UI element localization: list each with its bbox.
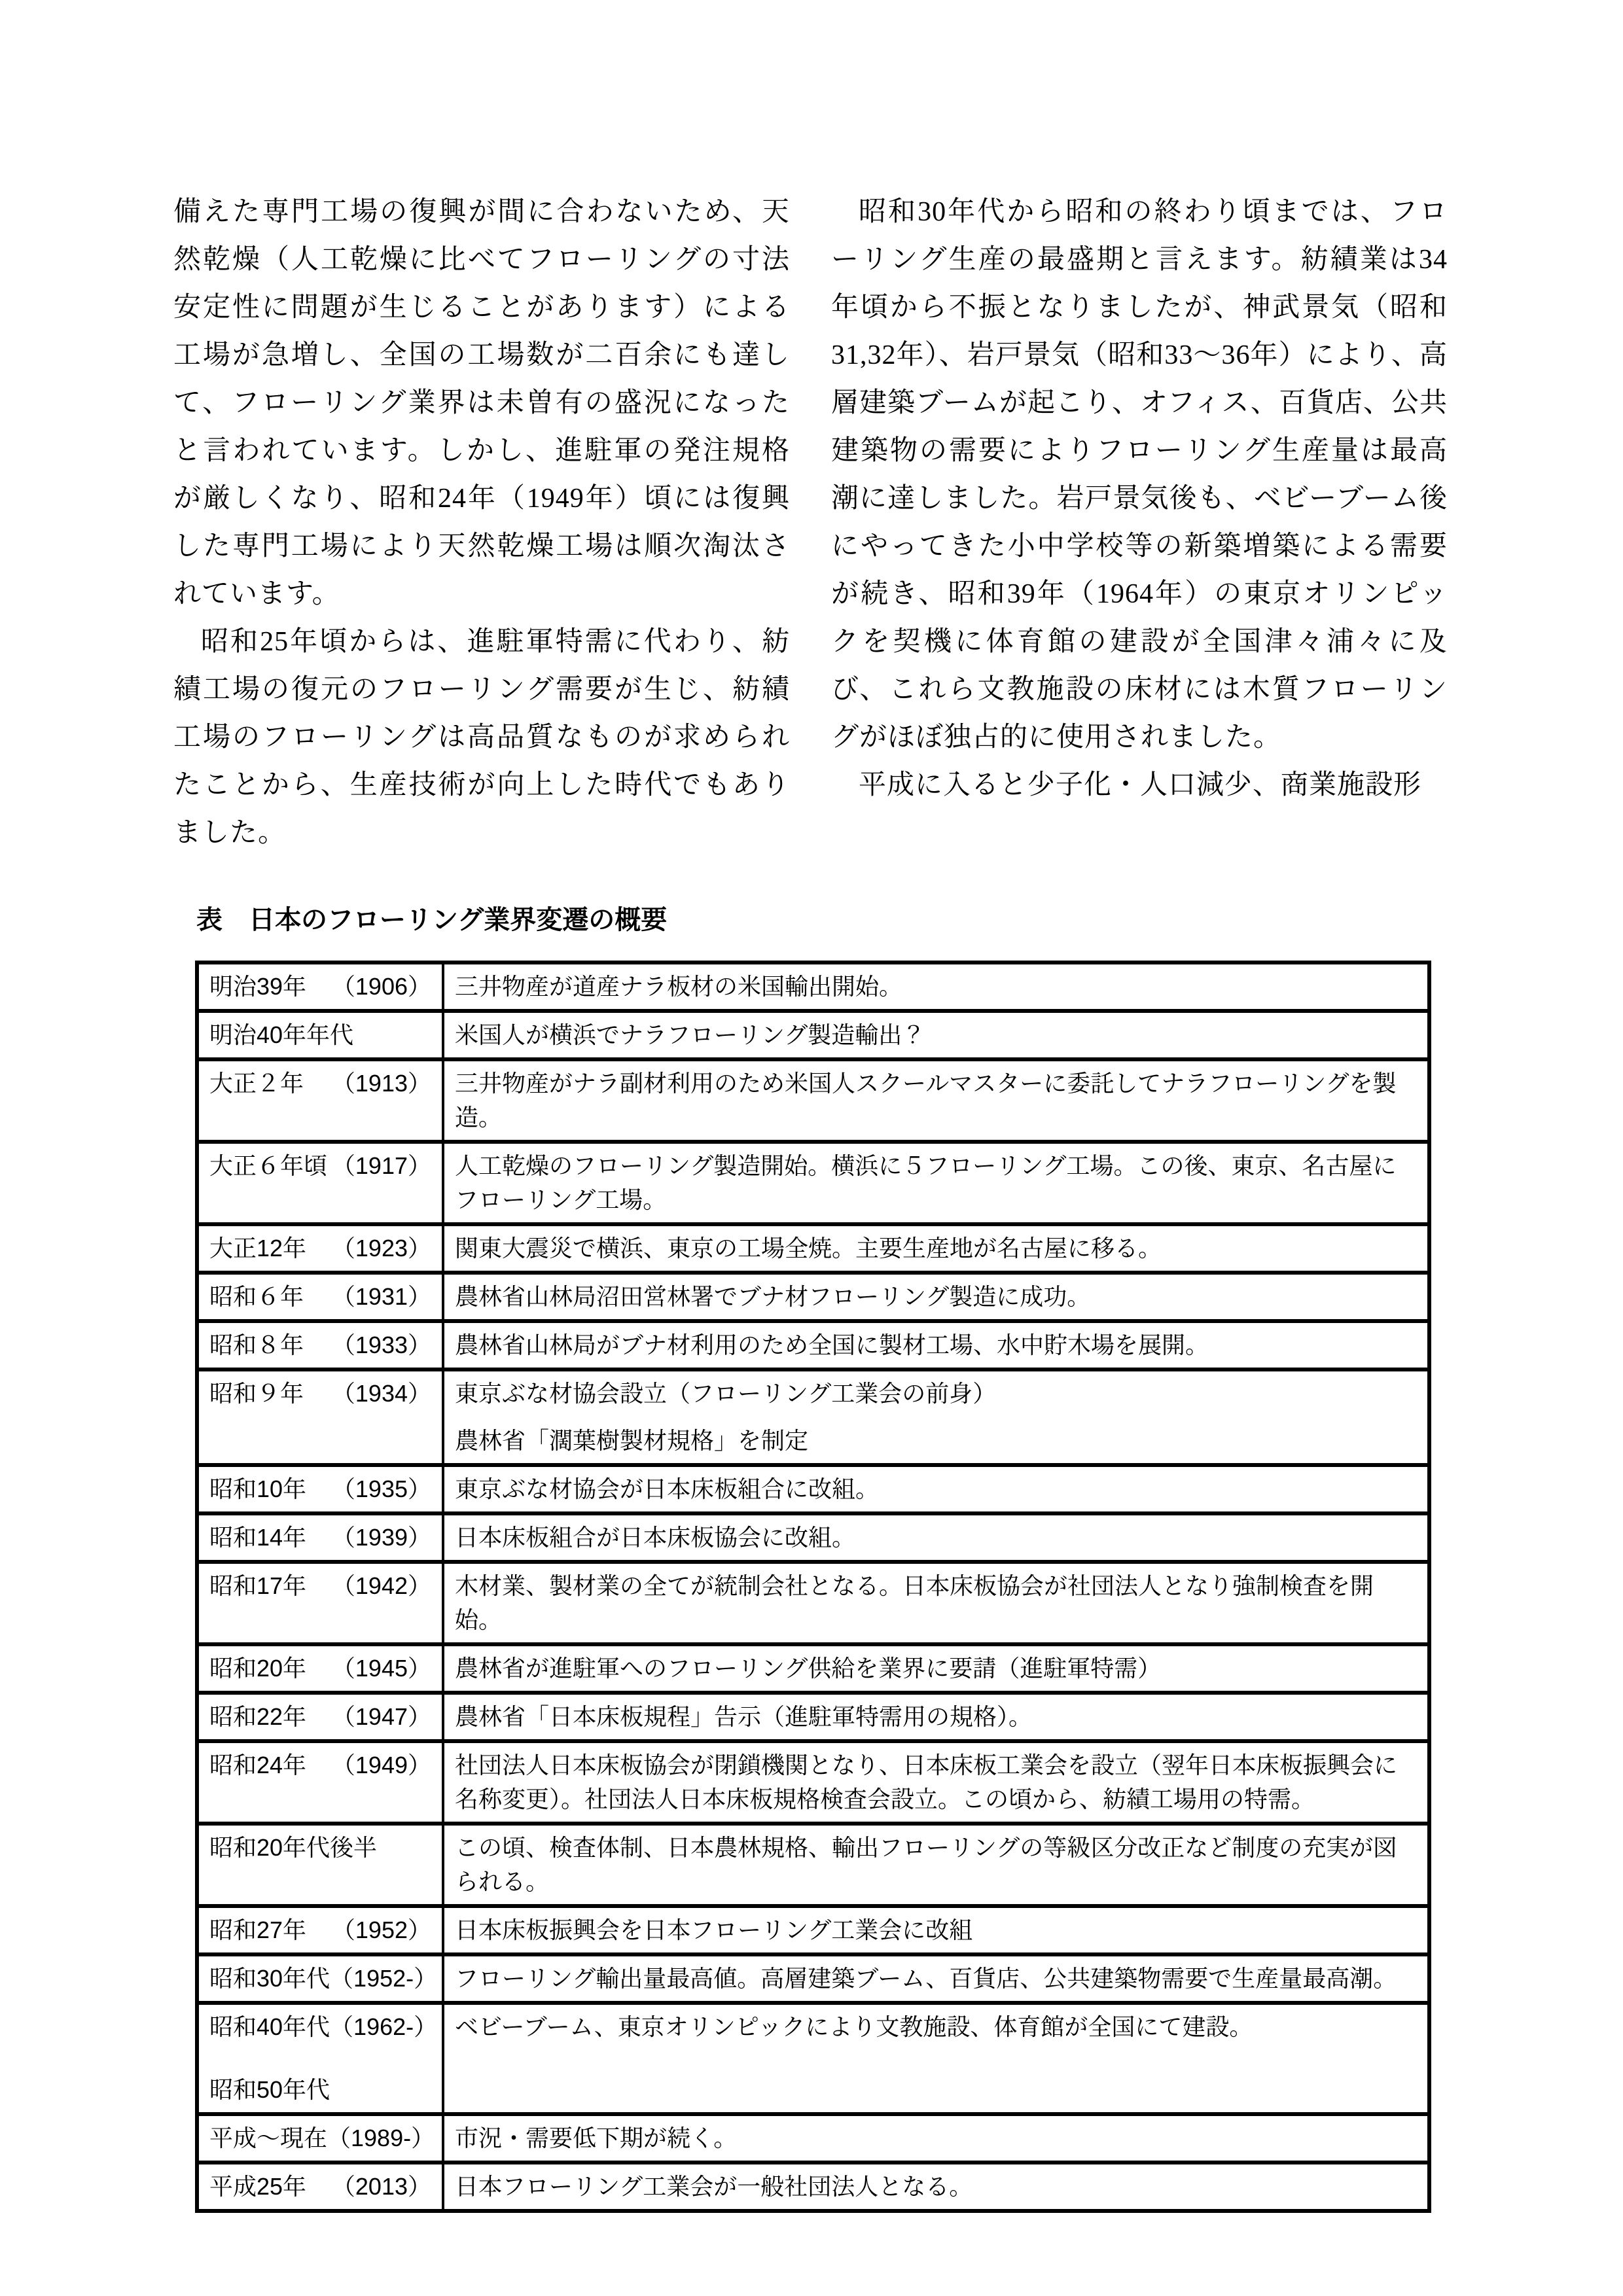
table-row: 大正２年（1913） 三井物産がナラ副材利用のため米国人スクールマスターに委託し… — [197, 1059, 1429, 1142]
era-year: （1942） — [332, 1569, 431, 1603]
event-text: 農林省山林局がブナ材利用のため全国に製材工場、水中貯木場を展開。 — [455, 1328, 1417, 1362]
era-cell: 昭和24年（1949） — [197, 1741, 443, 1824]
event-text: 東京ぶな材協会設立（フローリング工業会の前身） — [455, 1377, 1417, 1411]
table-row: 昭和９年（1934） 東京ぶな材協会設立（フローリング工業会の前身）農林省「濶葉… — [197, 1369, 1429, 1465]
era-year: （1931） — [332, 1280, 431, 1314]
event-cell: ベビーブーム、東京オリンピックにより文教施設、体育館が全国にて建設。 — [443, 2003, 1429, 2114]
table-row: 平成25年（2013） 日本フローリング工業会が一般社団法人となる。 — [197, 2163, 1429, 2211]
era-label: 昭和20年 — [209, 1651, 306, 1686]
era-year: （1906） — [332, 970, 431, 1004]
table-row: 大正６年頃（1917） 人工乾燥のフローリング製造開始。横浜に５フローリング工場… — [197, 1142, 1429, 1224]
event-text: 木材業、製材業の全てが統制会社となる。日本床板協会が社団法人となり強制検査を開始… — [455, 1569, 1417, 1637]
event-text: 社団法人日本床板協会が閉鎖機関となり、日本床板工業会を設立（翌年日本床板振興会に… — [455, 1748, 1417, 1816]
event-text: 日本床板振興会を日本フローリング工業会に改組 — [455, 1913, 1417, 1947]
era-label: 昭和20年代後半 — [209, 1831, 377, 1865]
era-year: （1945） — [332, 1651, 431, 1686]
event-text: 日本床板組合が日本床板協会に改組。 — [455, 1521, 1417, 1555]
era-label: 昭和10年 — [209, 1472, 306, 1506]
era-year: （1917） — [332, 1149, 431, 1183]
era-label: 昭和14年 — [209, 1521, 306, 1555]
era-year: （1947） — [332, 1700, 431, 1734]
table-row: 昭和17年（1942） 木材業、製材業の全てが統制会社となる。日本床板協会が社団… — [197, 1562, 1429, 1644]
era-cell: 昭和27年（1952） — [197, 1906, 443, 1954]
event-cell: 木材業、製材業の全てが統制会社となる。日本床板協会が社団法人となり強制検査を開始… — [443, 1562, 1429, 1644]
left-text-column: 備えた専門工場の復興が間に合わないため、天然乾燥（人工乾燥に比べてフローリングの… — [173, 188, 790, 857]
era-label: 昭和27年 — [209, 1913, 306, 1947]
table-row: 昭和６年（1931） 農林省山林局沼田営林署でブナ材フローリング製造に成功。 — [197, 1273, 1429, 1321]
era-year: （1923） — [332, 1231, 431, 1265]
table-row: 昭和40年代（1962-）昭和50年代 ベビーブーム、東京オリンピックにより文教… — [197, 2003, 1429, 2114]
era-cell: 明治39年（1906） — [197, 963, 443, 1011]
era-year: （1989-） — [327, 2121, 435, 2155]
era-label: 大正６年頃 — [209, 1149, 327, 1183]
event-text: ベビーブーム、東京オリンピックにより文教施設、体育館が全国にて建設。 — [455, 2010, 1417, 2044]
paragraph: 昭和25年頃からは、進駐軍特需に代わり、紡績工場の復元のフローリング需要が生じ、… — [173, 618, 790, 857]
table-row: 昭和30年代（1952-） フローリング輸出量最高値。高層建築ブーム、百貨店、公… — [197, 1954, 1429, 2003]
era-cell: 昭和９年（1934） — [197, 1369, 443, 1465]
event-cell: 日本フローリング工業会が一般社団法人となる。 — [443, 2163, 1429, 2211]
event-text: 東京ぶな材協会が日本床板組合に改組。 — [455, 1472, 1417, 1506]
event-cell: 農林省山林局がブナ材利用のため全国に製材工場、水中貯木場を展開。 — [443, 1321, 1429, 1369]
era-label: 明治39年 — [209, 970, 306, 1004]
flooring-history-table: 明治39年（1906） 三井物産が道産ナラ板材の米国輸出開始。 明治40年年代 … — [195, 961, 1431, 2213]
era-year: （1952） — [332, 1913, 431, 1947]
event-cell: フローリング輸出量最高値。高層建築ブーム、百貨店、公共建築物需要で生産量最高潮。 — [443, 1954, 1429, 2003]
era-cell: 平成25年（2013） — [197, 2163, 443, 2211]
era-cell: 大正６年頃（1917） — [197, 1142, 443, 1224]
event-cell: この頃、検査体制、日本農林規格、輸出フローリングの等級区分改正など制度の充実が図… — [443, 1824, 1429, 1906]
era-label: 昭和22年 — [209, 1700, 306, 1734]
table-caption: 表 日本のフローリング業界変遷の概要 — [196, 904, 667, 936]
right-text-column: 昭和30年代から昭和の終わり頃までは、フローリング生産の最盛期と言えます。紡績業… — [831, 188, 1448, 809]
era-cell: 明治40年年代 — [197, 1011, 443, 1059]
era-year: （1933） — [332, 1328, 431, 1362]
era-label: 昭和24年 — [209, 1748, 306, 1782]
event-text: 三井物産が道産ナラ板材の米国輸出開始。 — [455, 970, 1417, 1004]
table-row: 昭和14年（1939） 日本床板組合が日本床板協会に改組。 — [197, 1513, 1429, 1562]
era-cell: 昭和40年代（1962-）昭和50年代 — [197, 2003, 443, 2114]
event-cell: 日本床板振興会を日本フローリング工業会に改組 — [443, 1906, 1429, 1954]
table-row: 昭和22年（1947） 農林省「日本床板規程」告示（進駐軍特需用の規格）。 — [197, 1693, 1429, 1741]
event-cell: 社団法人日本床板協会が閉鎖機関となり、日本床板工業会を設立（翌年日本床板振興会に… — [443, 1741, 1429, 1824]
era-year: （1934） — [332, 1377, 431, 1411]
event-cell: 農林省が進駐軍へのフローリング供給を業界に要請（進駐軍特需） — [443, 1644, 1429, 1693]
event-cell: 三井物産がナラ副材利用のため米国人スクールマスターに委託してナラフローリングを製… — [443, 1059, 1429, 1142]
era-cell: 昭和20年代後半 — [197, 1824, 443, 1906]
era-label: 昭和40年代 — [209, 2010, 330, 2044]
event-cell: 人工乾燥のフローリング製造開始。横浜に５フローリング工場。この後、東京、名古屋に… — [443, 1142, 1429, 1224]
event-text: 人工乾燥のフローリング製造開始。横浜に５フローリング工場。この後、東京、名古屋に… — [455, 1149, 1417, 1217]
era-cell: 昭和22年（1947） — [197, 1693, 443, 1741]
event-cell: 農林省「日本床板規程」告示（進駐軍特需用の規格）。 — [443, 1693, 1429, 1741]
era-cell: 昭和20年（1945） — [197, 1644, 443, 1693]
table-row: 平成～現在（1989-） 市況・需要低下期が続く。 — [197, 2114, 1429, 2163]
paragraph: 備えた専門工場の復興が間に合わないため、天然乾燥（人工乾燥に比べてフローリングの… — [173, 188, 790, 618]
era-cell: 昭和30年代（1952-） — [197, 1954, 443, 2003]
era-cell: 大正12年（1923） — [197, 1224, 443, 1273]
table-row: 昭和20年（1945） 農林省が進駐軍へのフローリング供給を業界に要請（進駐軍特… — [197, 1644, 1429, 1693]
era-label: 平成～現在 — [209, 2121, 327, 2155]
event-text: 日本フローリング工業会が一般社団法人となる。 — [455, 2170, 1417, 2204]
event-text: 市況・需要低下期が続く。 — [455, 2121, 1417, 2155]
event-cell: 日本床板組合が日本床板協会に改組。 — [443, 1513, 1429, 1562]
event-text: この頃、検査体制、日本農林規格、輸出フローリングの等級区分改正など制度の充実が図… — [455, 1831, 1417, 1899]
event-text-2: 農林省「濶葉樹製材規格」を制定 — [455, 1424, 1417, 1458]
event-text: 米国人が横浜でナラフローリング製造輸出？ — [455, 1018, 1417, 1052]
era-label: 大正12年 — [209, 1231, 306, 1265]
table-row: 昭和27年（1952） 日本床板振興会を日本フローリング工業会に改組 — [197, 1906, 1429, 1954]
event-text: フローリング輸出量最高値。高層建築ブーム、百貨店、公共建築物需要で生産量最高潮。 — [455, 1962, 1417, 1996]
event-cell: 農林省山林局沼田営林署でブナ材フローリング製造に成功。 — [443, 1273, 1429, 1321]
era-year: （1935） — [332, 1472, 431, 1506]
table-row: 昭和24年（1949） 社団法人日本床板協会が閉鎖機関となり、日本床板工業会を設… — [197, 1741, 1429, 1824]
event-text: 三井物産がナラ副材利用のため米国人スクールマスターに委託してナラフローリングを製… — [455, 1067, 1417, 1135]
event-text: 農林省が進駐軍へのフローリング供給を業界に要請（進駐軍特需） — [455, 1651, 1417, 1686]
era-year: （1939） — [332, 1521, 431, 1555]
paragraph: 平成に入ると少子化・人口減少、商業施設形 — [831, 762, 1448, 809]
event-cell: 市況・需要低下期が続く。 — [443, 2114, 1429, 2163]
era-year: （1949） — [332, 1748, 431, 1782]
era-label: 平成25年 — [209, 2170, 306, 2204]
era-cell: 昭和６年（1931） — [197, 1273, 443, 1321]
era-label: 昭和17年 — [209, 1569, 306, 1603]
event-text: 農林省山林局沼田営林署でブナ材フローリング製造に成功。 — [455, 1280, 1417, 1314]
table-row: 明治39年（1906） 三井物産が道産ナラ板材の米国輸出開始。 — [197, 963, 1429, 1011]
table-row: 大正12年（1923） 関東大震災で横浜、東京の工場全焼。主要生産地が名古屋に移… — [197, 1224, 1429, 1273]
event-cell: 関東大震災で横浜、東京の工場全焼。主要生産地が名古屋に移る。 — [443, 1224, 1429, 1273]
era-label: 昭和６年 — [209, 1280, 304, 1314]
paragraph: 昭和30年代から昭和の終わり頃までは、フローリング生産の最盛期と言えます。紡績業… — [831, 188, 1448, 762]
document-page: 備えた専門工場の復興が間に合わないため、天然乾燥（人工乾燥に比べてフローリングの… — [0, 0, 1623, 2296]
event-text: 関東大震災で横浜、東京の工場全焼。主要生産地が名古屋に移る。 — [455, 1231, 1417, 1265]
era-label: 明治40年年代 — [209, 1018, 353, 1052]
era-year: （1962-） — [330, 2010, 437, 2044]
event-text: 農林省「日本床板規程」告示（進駐軍特需用の規格）。 — [455, 1700, 1417, 1734]
era-label: 昭和９年 — [209, 1377, 304, 1411]
era-cell: 昭和14年（1939） — [197, 1513, 443, 1562]
era-cell: 昭和17年（1942） — [197, 1562, 443, 1644]
era-cell: 昭和８年（1933） — [197, 1321, 443, 1369]
event-cell: 東京ぶな材協会が日本床板組合に改組。 — [443, 1465, 1429, 1513]
event-cell: 三井物産が道産ナラ板材の米国輸出開始。 — [443, 963, 1429, 1011]
era-year: （1952-） — [330, 1962, 437, 1996]
era-cell: 平成～現在（1989-） — [197, 2114, 443, 2163]
table-row: 昭和10年（1935） 東京ぶな材協会が日本床板組合に改組。 — [197, 1465, 1429, 1513]
event-cell: 米国人が横浜でナラフローリング製造輸出？ — [443, 1011, 1429, 1059]
era-cell: 昭和10年（1935） — [197, 1465, 443, 1513]
era-year: （2013） — [332, 2170, 431, 2204]
era-year: （1913） — [332, 1067, 431, 1101]
table-row: 明治40年年代 米国人が横浜でナラフローリング製造輸出？ — [197, 1011, 1429, 1059]
event-cell: 東京ぶな材協会設立（フローリング工業会の前身）農林省「濶葉樹製材規格」を制定 — [443, 1369, 1429, 1465]
era-label: 大正２年 — [209, 1067, 304, 1101]
table-row: 昭和８年（1933） 農林省山林局がブナ材利用のため全国に製材工場、水中貯木場を… — [197, 1321, 1429, 1369]
era-cell: 大正２年（1913） — [197, 1059, 443, 1142]
era-label: 昭和30年代 — [209, 1962, 330, 1996]
era-label: 昭和８年 — [209, 1328, 304, 1362]
era-label-2: 昭和50年代 — [209, 2073, 431, 2107]
table-row: 昭和20年代後半 この頃、検査体制、日本農林規格、輸出フローリングの等級区分改正… — [197, 1824, 1429, 1906]
